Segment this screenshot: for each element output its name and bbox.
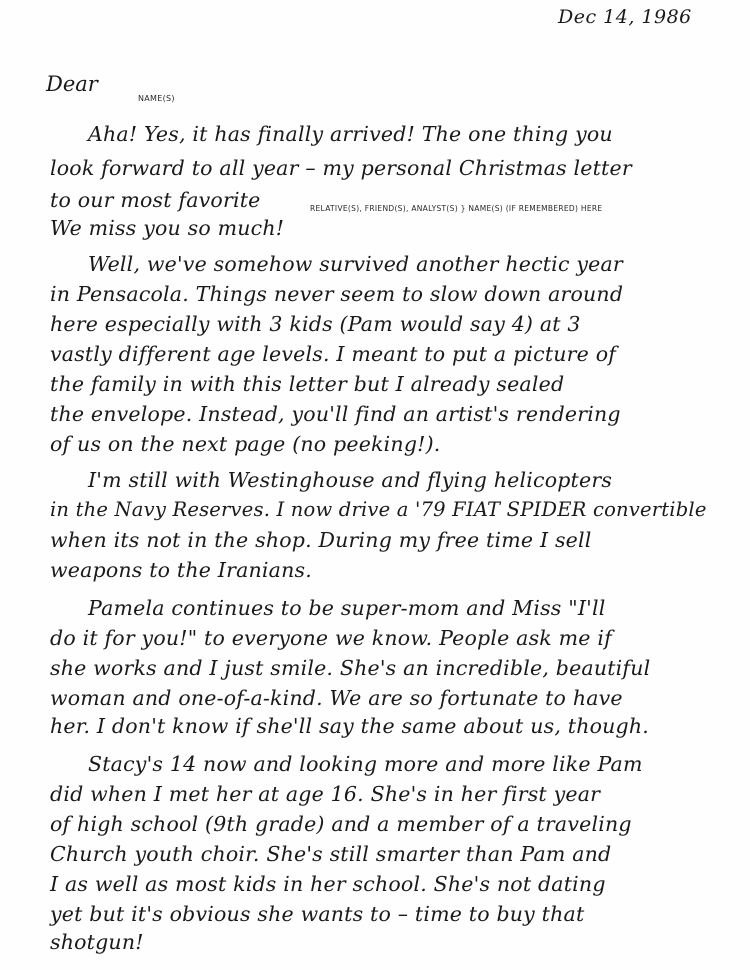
letter-line: Pamela continues to be super-mom and Mis… <box>88 596 606 620</box>
letter-line: to our most favorite <box>50 188 260 212</box>
letter-line: vastly different age levels. I meant to … <box>50 342 616 366</box>
letter-line: the family in with this letter but I alr… <box>50 372 564 396</box>
letter-line: in the Navy Reserves. I now drive a '79 … <box>50 498 707 521</box>
letter-line: Stacy's 14 now and looking more and more… <box>88 752 643 776</box>
letter-line: when its not in the shop. During my free… <box>50 528 592 552</box>
letter-line: shotgun! <box>50 930 144 954</box>
relatives-placeholder: RELATIVE(S), FRIEND(S), ANALYST(S) } NAM… <box>310 204 602 213</box>
letter-line: I'm still with Westinghouse and flying h… <box>88 468 612 492</box>
letter-line: weapons to the Iranians. <box>50 558 312 582</box>
letter-line: the envelope. Instead, you'll find an ar… <box>50 402 621 426</box>
letter-line: here especially with 3 kids (Pam would s… <box>50 312 581 336</box>
letter-line: her. I don't know if she'll say the same… <box>50 714 649 738</box>
letter-line: woman and one-of-a-kind. We are so fortu… <box>50 686 623 710</box>
letter-line: Well, we've somehow survived another hec… <box>88 252 623 276</box>
letter-line: of us on the next page (no peeking!). <box>50 432 441 456</box>
letter-line: do it for you!" to everyone we know. Peo… <box>50 626 612 650</box>
letter-line: of high school (9th grade) and a member … <box>50 812 632 836</box>
name-placeholder: NAME(S) <box>138 94 175 103</box>
letter-page: Dec 14, 1986 Dear NAME(S) Aha! Yes, it h… <box>0 0 750 970</box>
letter-line: Church youth choir. She's still smarter … <box>50 842 611 866</box>
letter-line: We miss you so much! <box>50 216 284 240</box>
letter-line: she works and I just smile. She's an inc… <box>50 656 650 680</box>
letter-line: look forward to all year – my personal C… <box>50 156 632 180</box>
letter-line: did when I met her at age 16. She's in h… <box>50 782 600 806</box>
letter-line: I as well as most kids in her school. Sh… <box>50 872 606 896</box>
letter-line: Aha! Yes, it has finally arrived! The on… <box>88 122 613 146</box>
letter-line: yet but it's obvious she wants to – time… <box>50 902 584 926</box>
letter-line: in Pensacola. Things never seem to slow … <box>50 282 623 306</box>
letter-date: Dec 14, 1986 <box>558 6 692 28</box>
salutation: Dear <box>46 72 98 96</box>
